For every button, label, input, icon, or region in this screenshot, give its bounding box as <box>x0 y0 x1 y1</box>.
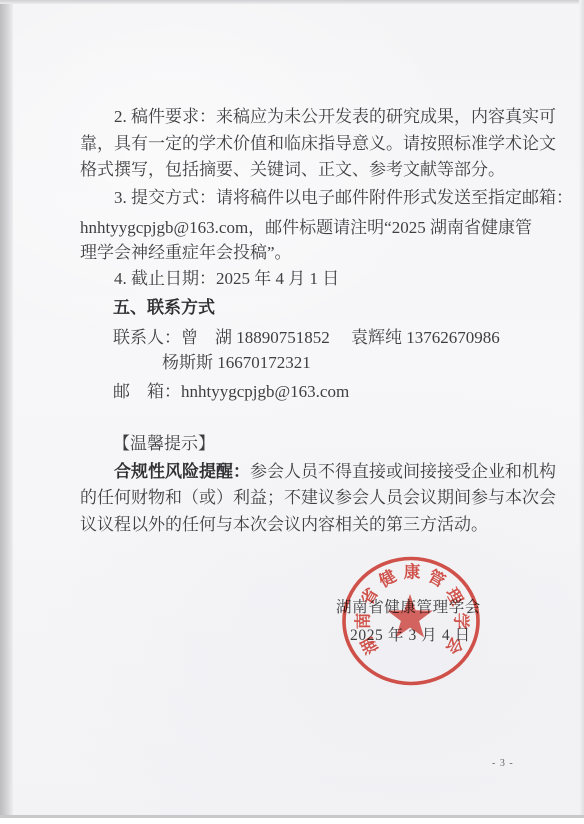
compliance-reminder-line-1: 合规性风险提醒：参会人员不得直接或间接接受企业和机构 <box>114 459 556 485</box>
scan-edge-right <box>579 0 584 818</box>
seal-char: 省 <box>357 584 382 608</box>
compliance-reminder-line-3: 议议程以外的任何与本次会议内容相关的第三方活动。 <box>80 512 488 538</box>
submission-method-line-2: hnhtyygcpjgb@163.com，邮件标题请注明“2025 湖南省健康管 <box>80 215 532 241</box>
submission-method-line-3: 理学会神经重症年会投稿”。 <box>80 240 292 266</box>
page-number: - 3 - <box>492 758 514 769</box>
seal-char: 南 <box>353 612 373 629</box>
scan-edge-bottom-strip <box>0 818 584 824</box>
submission-method-line-1: 3. 提交方式：请将稿件以电子邮件附件形式发送至指定邮箱： <box>114 185 573 211</box>
seal-char: 会 <box>442 634 468 659</box>
seal-star-icon <box>387 594 433 637</box>
seal-char: 康 <box>404 562 421 582</box>
contact-person-extra-line: 杨斯斯 16670172321 <box>162 350 311 376</box>
scan-edge-top <box>0 0 584 4</box>
scanned-document-page: 2. 稿件要求：来稿应为未公开发表的研究成果，内容真实可 靠，具有一定的学术价值… <box>0 0 584 824</box>
notice-heading: 【温馨提示】 <box>113 431 215 457</box>
compliance-reminder-text: 参会人员不得直接或间接接受企业和机构 <box>250 462 556 481</box>
manuscript-requirements-line-1: 2. 稿件要求：来稿应为未公开发表的研究成果，内容真实可 <box>114 104 556 130</box>
seal-char: 健 <box>374 565 400 591</box>
section-heading-contacts: 五、联系方式 <box>113 295 215 321</box>
compliance-reminder-line-2: 的任何财物和（或）利益；不建议参会人员会议期间参与本次会 <box>80 485 556 511</box>
contact-email-line: 邮 箱：hnhtyygcpjgb@163.com <box>113 379 349 405</box>
manuscript-requirements-line-2: 靠，具有一定的学术价值和临床指导意义。请按照标准学术论文 <box>80 131 556 157</box>
contact-persons-line: 联系人：曾 湖 18890751852 袁辉纯 13762670986 <box>113 325 500 351</box>
official-seal: 湖 南 省 健 康 管 理 学 会 <box>330 543 500 698</box>
seal-char: 学 <box>452 613 472 630</box>
scan-edge-left <box>0 0 13 818</box>
seal-char: 理 <box>442 585 467 609</box>
compliance-reminder-label: 合规性风险提醒： <box>114 462 250 481</box>
manuscript-requirements-line-3: 格式撰写，包括摘要、关键词、正文、参考文献等部分。 <box>80 157 505 183</box>
seal-char: 湖 <box>357 633 382 657</box>
deadline-line: 4. 截止日期：2025 年 4 月 1 日 <box>114 266 339 292</box>
